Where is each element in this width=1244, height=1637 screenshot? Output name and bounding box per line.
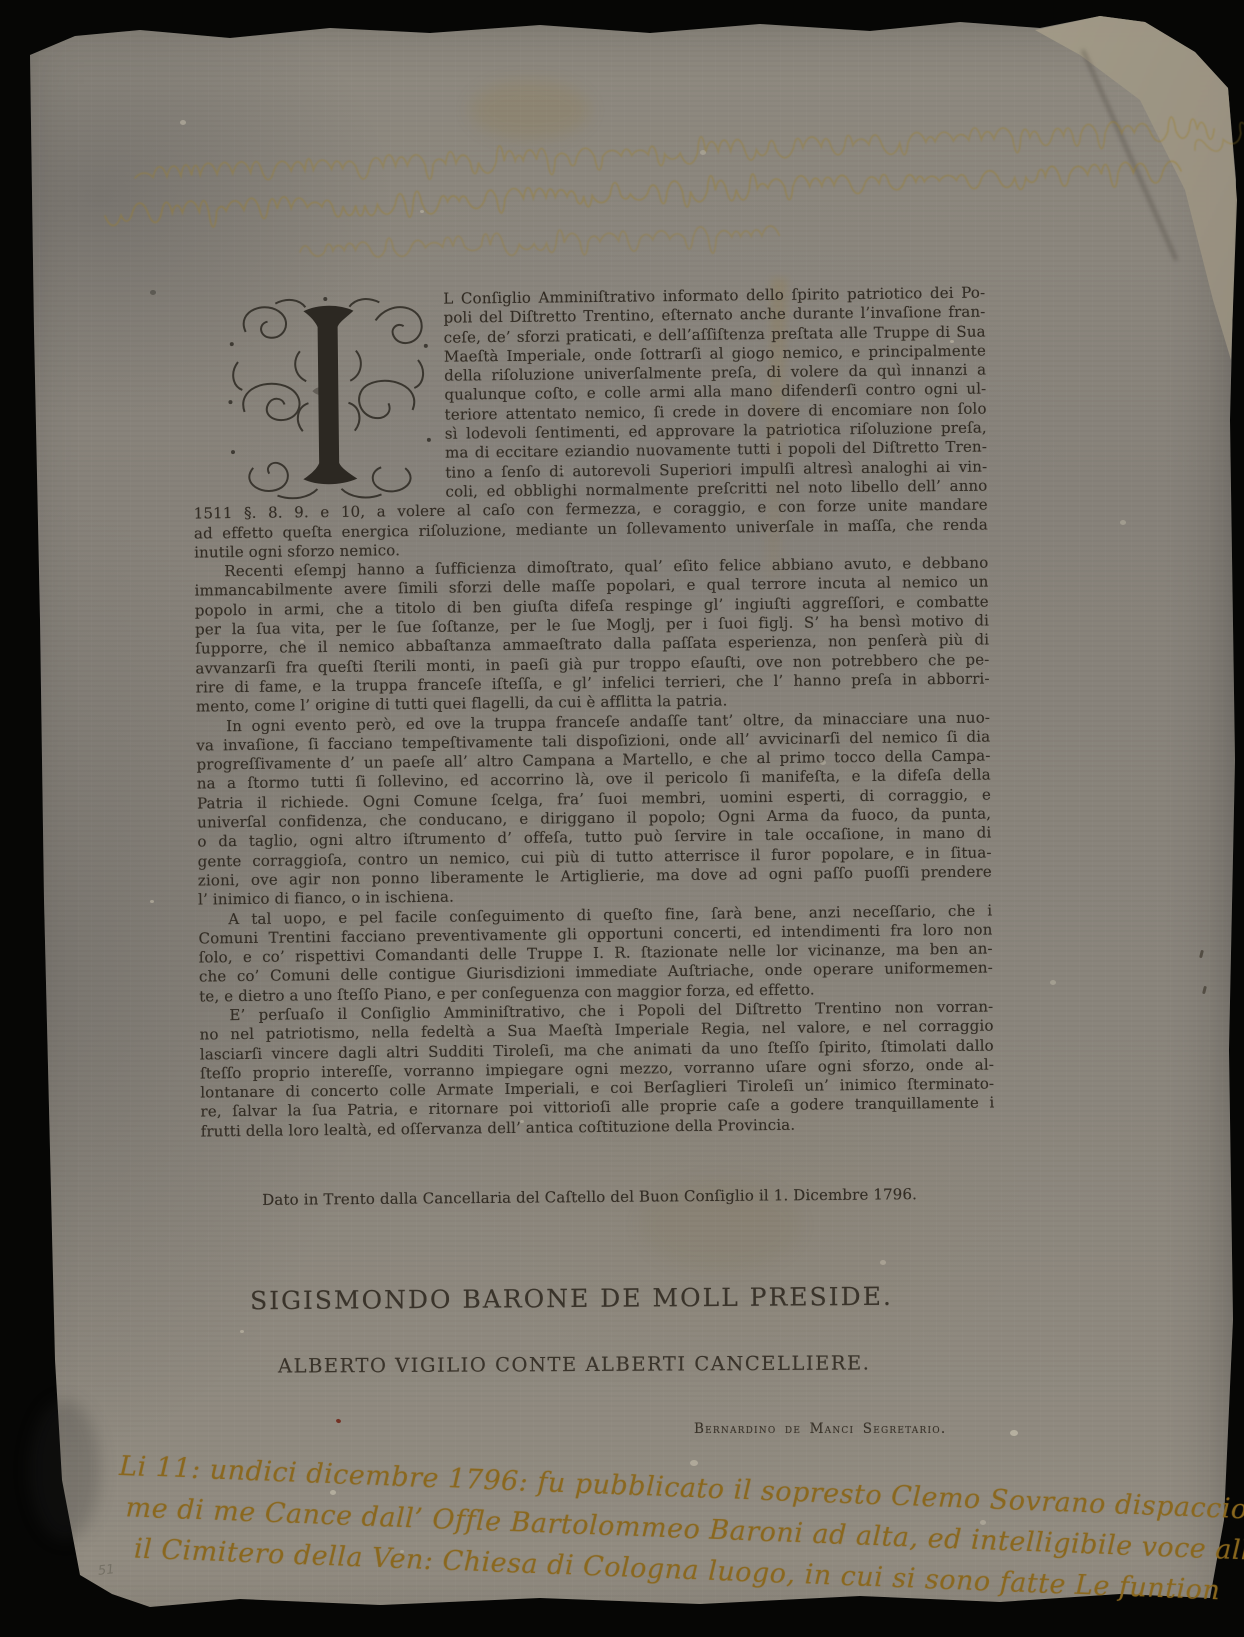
signature-preside: SIGISMONDO BARONE DE MOLL PRESIDE. xyxy=(250,1282,893,1315)
printed-text-block: L Conſiglio Amminiſtrativo informato del… xyxy=(191,284,995,1142)
date-line-row: Dato in Trento dalla Cancellaria del Caſ… xyxy=(196,1155,990,1202)
stain-spot xyxy=(470,80,590,140)
initial-letter-I xyxy=(301,305,357,484)
stain-spot xyxy=(30,1400,100,1540)
scanned-document-page: L Conſiglio Amminiſtrativo informato del… xyxy=(0,0,1244,1637)
signature-segretario: Bernardino de Manci Segretario. xyxy=(694,1421,946,1437)
pencil-page-number: 51 xyxy=(97,1562,115,1579)
signature-cancelliere: ALBERTO VIGILIO CONTE ALBERTI CANCELLIER… xyxy=(278,1351,871,1377)
ornate-initial-I xyxy=(191,290,445,505)
